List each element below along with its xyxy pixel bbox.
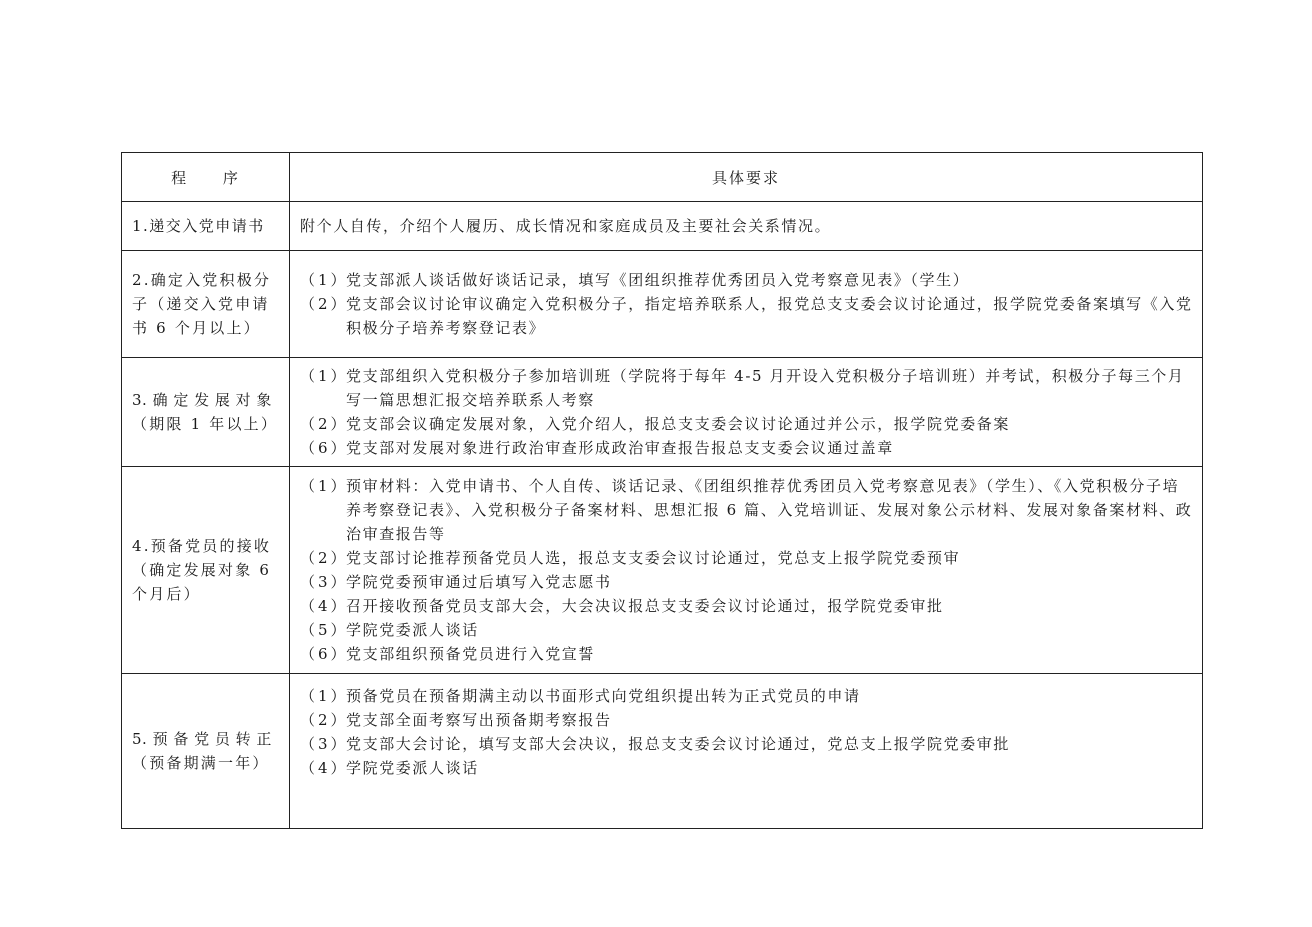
step-label: 1.递交入党申请书 [132,214,281,238]
item-text: 学院党委派人谈话 [346,759,479,777]
step-label-line: （期限 1 年以上） [132,412,281,436]
item-text: 学院党委派人谈话 [346,621,479,639]
item-number: （2） [300,292,349,316]
table-row: 4.预备党员的接收 （确定发展对象 6 个月后） （1）预审材料：入党申请书、个… [122,467,1203,674]
requirement-item: （1）预备党员在预备期满主动以书面形式向党组织提出转为正式党员的申请 [300,684,1194,708]
item-text: 党支部会议讨论审议确定入党积极分子，指定培养联系人，报党总支支委会议讨论通过，报… [346,295,1193,337]
requirement-item: （1）预审材料：入党申请书、个人自传、谈话记录、《团组织推荐优秀团员入党考察意见… [300,474,1194,546]
item-number: （1） [300,268,349,292]
table-row: 1.递交入党申请书 附个人自传，介绍个人履历、成长情况和家庭成员及主要社会关系情… [122,202,1203,251]
requirement-item: （4）学院党委派人谈话 [300,756,1194,780]
requirement-item: （2）党支部讨论推荐预备党员人选，报总支支委会议讨论通过，党总支上报学院党委预审 [300,546,1194,570]
item-number: （6） [300,436,349,460]
item-text: 召开接收预备党员支部大会，大会决议报总支支委会议讨论通过，报学院党委审批 [346,597,944,615]
item-text: 党支部组织入党积极分子参加培训班（学院将于每年 4-5 月开设入党积极分子培训班… [346,367,1185,409]
requirement-cell: 附个人自传，介绍个人履历、成长情况和家庭成员及主要社会关系情况。 [290,202,1203,251]
requirement-item: （5）学院党委派人谈话 [300,618,1194,642]
item-text: 党支部全面考察写出预备期考察报告 [346,711,612,729]
item-text: 党支部会议确定发展对象，入党介绍人，报总支支委会议讨论通过并公示，报学院党委备案 [346,415,1010,433]
item-text: 党支部派人谈话做好谈话记录，填写《团组织推荐优秀团员入党考察意见表》（学生） [346,271,969,289]
step-label-line: 3. 确 定 发 展 对 象 [132,388,281,412]
requirement-text: 附个人自传，介绍个人履历、成长情况和家庭成员及主要社会关系情况。 [300,214,1194,238]
item-number: （1） [300,684,349,708]
item-number: （5） [300,618,349,642]
item-text: 党支部讨论推荐预备党员人选，报总支支委会议讨论通过，党总支上报学院党委预审 [346,549,960,567]
step-label-line: 子（递交入党申请 [132,292,281,316]
item-text: 学院党委预审通过后填写入党志愿书 [346,573,612,591]
step-cell: 5. 预 备 党 员 转 正 （预备期满一年） [122,674,290,829]
step-cell: 4.预备党员的接收 （确定发展对象 6 个月后） [122,467,290,674]
step-cell: 2.确定入党积极分 子（递交入党申请 书 6 个月以上） [122,251,290,358]
requirement-item: （2）党支部全面考察写出预备期考察报告 [300,708,1194,732]
item-text: 党支部对发展对象进行政治审查形成政治审查报告报总支支委会议通过盖章 [346,439,894,457]
requirement-item: （1）党支部派人谈话做好谈话记录，填写《团组织推荐优秀团员入党考察意见表》（学生… [300,268,1194,292]
requirement-item: （6）党支部组织预备党员进行入党宣誓 [300,642,1194,666]
item-text: 预审材料：入党申请书、个人自传、谈话记录、《团组织推荐优秀团员入党考察意见表》（… [346,477,1192,543]
item-number: （2） [300,412,349,436]
step-label-line: 个月后） [132,582,281,606]
item-number: （3） [300,570,349,594]
requirement-item: （1）党支部组织入党积极分子参加培训班（学院将于每年 4-5 月开设入党积极分子… [300,364,1194,412]
table-header-row: 程 序 具体要求 [122,153,1203,202]
step-label-line: 5. 预 备 党 员 转 正 [132,727,281,751]
item-text: 党支部大会讨论，填写支部大会决议，报总支支委会议讨论通过，党总支上报学院党委审批 [346,735,1010,753]
item-number: （2） [300,546,349,570]
step-cell: 1.递交入党申请书 [122,202,290,251]
table-row: 5. 预 备 党 员 转 正 （预备期满一年） （1）预备党员在预备期满主动以书… [122,674,1203,829]
step-label-line: 4.预备党员的接收 [132,534,281,558]
requirement-item: （3）学院党委预审通过后填写入党志愿书 [300,570,1194,594]
item-number: （4） [300,756,349,780]
table-row: 2.确定入党积极分 子（递交入党申请 书 6 个月以上） （1）党支部派人谈话做… [122,251,1203,358]
step-label-line: （预备期满一年） [132,751,281,775]
party-admission-procedure-table: 程 序 具体要求 1.递交入党申请书 附个人自传，介绍个人履历、成长情况和家庭成… [121,152,1203,829]
item-text: 预备党员在预备期满主动以书面形式向党组织提出转为正式党员的申请 [346,687,861,705]
item-number: （1） [300,474,349,498]
item-number: （1） [300,364,349,388]
table-row: 3. 确 定 发 展 对 象 （期限 1 年以上） （1）党支部组织入党积极分子… [122,358,1203,467]
requirement-item: （3）党支部大会讨论，填写支部大会决议，报总支支委会议讨论通过，党总支上报学院党… [300,732,1194,756]
requirement-item: （2）党支部会议确定发展对象，入党介绍人，报总支支委会议讨论通过并公示，报学院党… [300,412,1194,436]
step-label-line: （确定发展对象 6 [132,558,281,582]
item-number: （4） [300,594,349,618]
step-label-line: 2.确定入党积极分 [132,268,281,292]
item-number: （3） [300,732,349,756]
header-step: 程 序 [122,153,290,202]
requirement-cell: （1）党支部派人谈话做好谈话记录，填写《团组织推荐优秀团员入党考察意见表》（学生… [290,251,1203,358]
requirement-item: （4）召开接收预备党员支部大会，大会决议报总支支委会议讨论通过，报学院党委审批 [300,594,1194,618]
requirement-item: （2）党支部会议讨论审议确定入党积极分子，指定培养联系人，报党总支支委会议讨论通… [300,292,1194,340]
item-text: 党支部组织预备党员进行入党宣誓 [346,645,595,663]
requirement-item: （6）党支部对发展对象进行政治审查形成政治审查报告报总支支委会议通过盖章 [300,436,1194,460]
header-requirements: 具体要求 [290,153,1203,202]
requirement-cell: （1）预备党员在预备期满主动以书面形式向党组织提出转为正式党员的申请 （2）党支… [290,674,1203,829]
document-page: 程 序 具体要求 1.递交入党申请书 附个人自传，介绍个人履历、成长情况和家庭成… [0,0,1312,927]
step-cell: 3. 确 定 发 展 对 象 （期限 1 年以上） [122,358,290,467]
item-number: （6） [300,642,349,666]
step-label-line: 书 6 个月以上） [132,316,281,340]
requirement-cell: （1）党支部组织入党积极分子参加培训班（学院将于每年 4-5 月开设入党积极分子… [290,358,1203,467]
requirement-cell: （1）预审材料：入党申请书、个人自传、谈话记录、《团组织推荐优秀团员入党考察意见… [290,467,1203,674]
item-number: （2） [300,708,349,732]
